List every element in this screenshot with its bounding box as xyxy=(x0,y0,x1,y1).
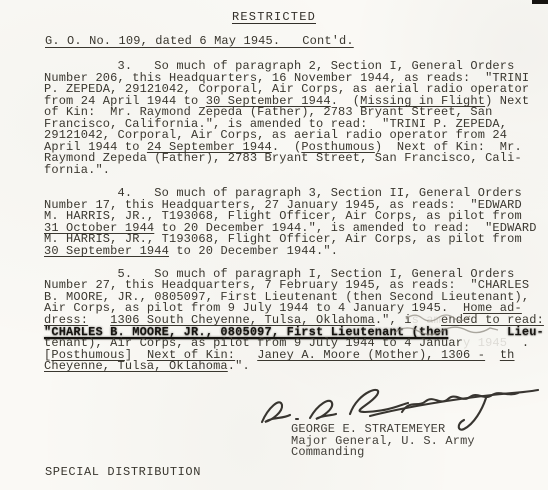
document-line: Cheyenne, Tulsa, Oklahoma.". xyxy=(44,361,544,373)
classification-banner: RESTRICTED xyxy=(0,10,548,24)
signature-block: GEORGE E. STRATEMEYER Major General, U. … xyxy=(291,424,475,459)
document-line: 30 September 1944 to 20 December 1944.". xyxy=(44,246,544,258)
order-reference: G. O. No. 109, dated 6 May 1945. Cont'd. xyxy=(45,36,354,48)
document-page: RESTRICTED G. O. No. 109, dated 6 May 19… xyxy=(0,0,548,490)
special-distribution-label: SPECIAL DISTRIBUTION xyxy=(45,467,201,479)
signature-role: Commanding xyxy=(291,447,475,459)
document-line: Raymond Zepeda (Father), 2783 Bryant Str… xyxy=(44,153,544,165)
paragraph-3: 3. So much of paragraph 2, Section I, Ge… xyxy=(44,61,544,176)
paragraph-5: 5. So much of paragraph I, Section I, Ge… xyxy=(44,269,544,373)
scan-artifact-mark xyxy=(532,0,548,4)
document-paragraphs: 3. So much of paragraph 2, Section I, Ge… xyxy=(44,61,544,384)
document-line: fornia.". xyxy=(44,165,544,177)
paragraph-4: 4. So much of paragraph 3, Section II, G… xyxy=(44,188,544,257)
